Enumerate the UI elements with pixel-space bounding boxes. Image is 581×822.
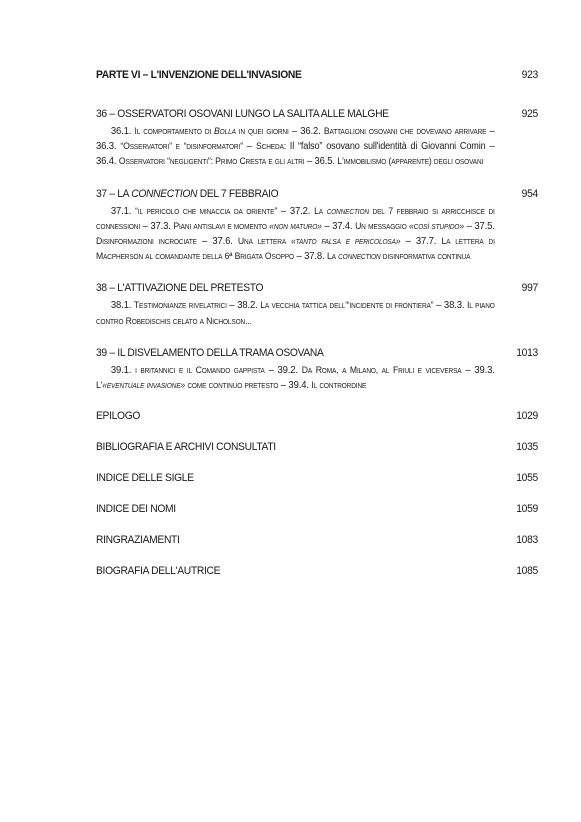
chapter-title: 36 – OSSERVATORI OSOVANI LUNGO LA SALITA…: [96, 107, 389, 122]
table-of-contents: PARTE VI – L'INVENZIONE DELL'INVASIONE 9…: [96, 68, 538, 579]
toc-chapter-39[interactable]: 39 – IL DISVELAMENTO DELLA TRAMA OSOVANA…: [96, 346, 538, 393]
chapter-sections: 39.1. i britannici e il Comando gappista…: [96, 363, 495, 393]
toc-author-biography[interactable]: BIOGRAFIA DELL'AUTRICE 1085: [96, 564, 538, 579]
page-number: 1029: [516, 409, 538, 424]
page-number: 1055: [516, 471, 538, 486]
part-title: PARTE VI – L'INVENZIONE DELL'INVASIONE: [96, 68, 302, 83]
entry-title: BIOGRAFIA DELL'AUTRICE: [96, 564, 220, 579]
toc-acknowledgements[interactable]: RINGRAZIAMENTI 1083: [96, 533, 538, 548]
chapter-title: 38 – L'ATTIVAZIONE DEL PRETESTO: [96, 281, 263, 296]
chapter-title: 39 – IL DISVELAMENTO DELLA TRAMA OSOVANA: [96, 346, 324, 361]
toc-abbreviations-index[interactable]: INDICE DELLE SIGLE 1055: [96, 471, 538, 486]
entry-title: INDICE DEI NOMI: [96, 502, 176, 517]
toc-chapter-36[interactable]: 36 – OSSERVATORI OSOVANI LUNGO LA SALITA…: [96, 107, 538, 170]
page-number: 925: [522, 107, 538, 122]
entry-title: INDICE DELLE SIGLE: [96, 471, 194, 486]
chapter-sections: 37.1. “il pericolo che minaccia da orien…: [96, 204, 495, 265]
page-number: 923: [522, 68, 538, 83]
chapter-sections: 36.1. Il comportamento di Bolla in quei …: [96, 124, 495, 170]
toc-chapter-37[interactable]: 37 – LA CONNECTION DEL 7 FEBBRAIO 954 37…: [96, 187, 538, 265]
chapter-title: 37 – LA CONNECTION DEL 7 FEBBRAIO: [96, 187, 278, 202]
chapter-sections: 38.1. Testimonianze rivelatrici – 38.2. …: [96, 298, 495, 328]
page-number: 1013: [516, 346, 538, 361]
entry-title: RINGRAZIAMENTI: [96, 533, 180, 548]
page-number: 954: [522, 187, 538, 202]
toc-names-index[interactable]: INDICE DEI NOMI 1059: [96, 502, 538, 517]
page-number: 1083: [516, 533, 538, 548]
toc-chapter-38[interactable]: 38 – L'ATTIVAZIONE DEL PRETESTO 997 38.1…: [96, 281, 538, 328]
page-number: 997: [522, 281, 538, 296]
page-number: 1035: [516, 440, 538, 455]
toc-part-heading[interactable]: PARTE VI – L'INVENZIONE DELL'INVASIONE 9…: [96, 68, 538, 83]
toc-epilogue[interactable]: EPILOGO 1029: [96, 409, 538, 424]
toc-bibliography[interactable]: BIBLIOGRAFIA E ARCHIVI CONSULTATI 1035: [96, 440, 538, 455]
page-number: 1085: [516, 564, 538, 579]
entry-title: EPILOGO: [96, 409, 140, 424]
page-number: 1059: [516, 502, 538, 517]
entry-title: BIBLIOGRAFIA E ARCHIVI CONSULTATI: [96, 440, 276, 455]
